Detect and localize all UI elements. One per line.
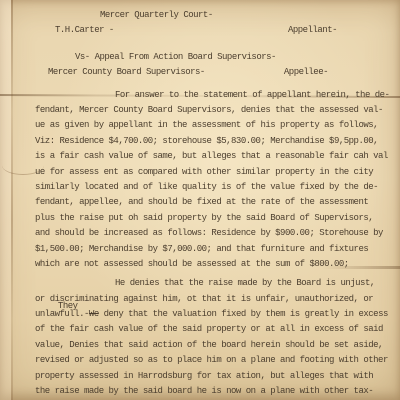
struck-word: We <box>89 309 99 319</box>
correction-wrap: TheyWe <box>89 309 99 319</box>
appellant-label: Appellant- <box>288 23 337 38</box>
body-line: of the fair cash value of the said prope… <box>35 322 392 337</box>
body-line: similarly located and of like quality is… <box>35 180 392 195</box>
body-line: property assessed in Harrodsburg for tax… <box>35 369 392 384</box>
body-line: ue for assess ent as compared with other… <box>35 165 392 180</box>
court-title: Mercer Quarterly Court- <box>0 0 400 23</box>
document-body: For answer to the statement of appellant… <box>0 88 400 400</box>
body-line: is a fair cash value of same, but allege… <box>35 149 392 164</box>
appellee-name: Mercer County Board Supervisors- <box>48 65 205 80</box>
body-line: plus the raise put oh said property by t… <box>35 211 392 226</box>
document-page: Mercer Quarterly Court- T.H.Carter - App… <box>0 0 400 400</box>
appellee-row: Mercer County Board Supervisors- Appelle… <box>0 65 400 80</box>
body-line: He denies that the raise made by the Boa… <box>35 276 392 291</box>
body-line-with-correction: unlawfull.-TheyWe deny that the valuatio… <box>35 307 392 322</box>
body-line: For answer to the statement of appellant… <box>35 88 392 103</box>
document-text: Mercer Quarterly Court- T.H.Carter - App… <box>0 0 400 399</box>
body-line: $1,500.00; Merchandise by $7,000.00; and… <box>35 242 392 257</box>
appellee-label: Appellee- <box>284 65 328 80</box>
body-line: or discriminating against him, ot that i… <box>35 292 392 307</box>
body-line: fendant, appellee, and should be fixed a… <box>35 195 392 210</box>
inserted-word: They <box>58 299 78 314</box>
appellant-name: T.H.Carter - <box>55 23 114 38</box>
body-line: the raise made by the said board he is n… <box>35 384 392 399</box>
body-line: which are not assessed should be assesse… <box>35 257 392 272</box>
appeal-title-line: Vs- Appeal From Action Board Supervisors… <box>0 50 400 65</box>
body-line: value, Denies that said action of the bo… <box>35 338 392 353</box>
body-line: revised or adjusted so as to place him o… <box>35 353 392 368</box>
correction-after-text: deny that the valuation fixed by them is… <box>99 309 388 319</box>
appellant-row: T.H.Carter - Appellant- <box>0 23 400 38</box>
body-line: and should be increased as follows: Resi… <box>35 226 392 241</box>
body-line: Viz: Residence $4,700.00; storehouse $5,… <box>35 134 392 149</box>
body-line: ue as given by appellant in the assessme… <box>35 118 392 133</box>
body-line: fendant, Mercer County Board Supervisors… <box>35 103 392 118</box>
